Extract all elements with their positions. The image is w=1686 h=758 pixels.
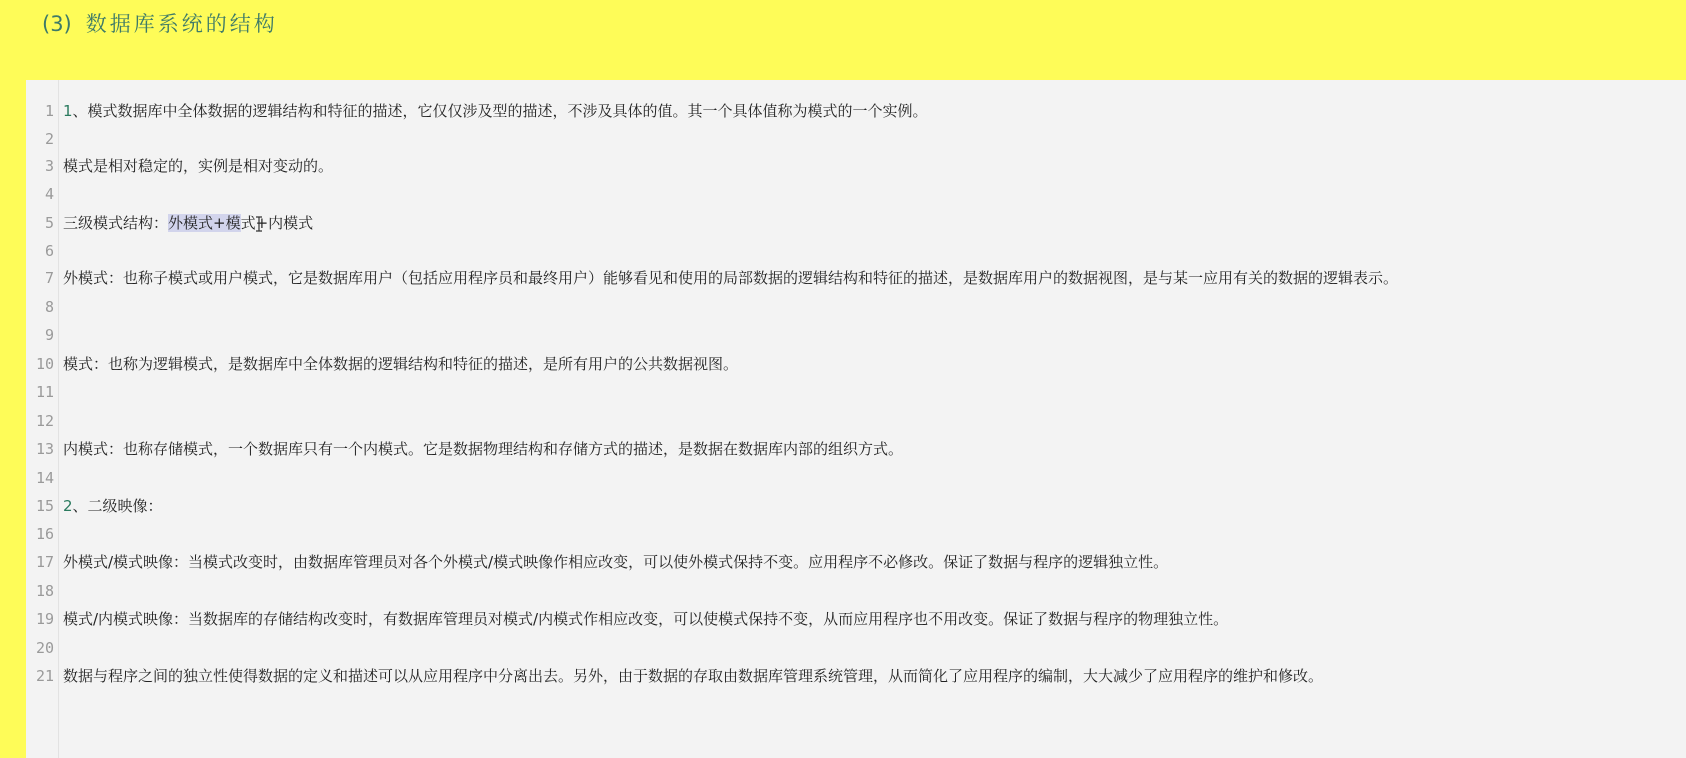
line-number: 1 [26, 98, 54, 124]
line-number: 11 [26, 379, 54, 405]
line-number: 18 [26, 578, 54, 604]
line-text[interactable]: 模式：也称为逻辑模式，是数据库中全体数据的逻辑结构和特征的描述，是所有用户的公共… [63, 351, 738, 377]
line-number: 20 [26, 635, 54, 661]
line-text[interactable]: 三级模式结构：外模式+模式+内模式 [63, 210, 313, 236]
line-number: 5 [26, 210, 54, 236]
gutter-divider [58, 80, 59, 758]
line-number: 14 [26, 465, 54, 491]
line-text[interactable]: 1、模式数据库中全体数据的逻辑结构和特征的描述，它仅仅涉及型的描述，不涉及具体的… [63, 98, 928, 124]
line-text[interactable]: 外模式：也称子模式或用户模式，它是数据库用户（包括应用程序员和最终用户）能够看见… [63, 265, 1398, 291]
line-number: 4 [26, 181, 54, 207]
line-number: 17 [26, 549, 54, 575]
slide-title: (3)数据库系统的结构 [42, 6, 278, 42]
line-number: 7 [26, 265, 54, 291]
text-editor[interactable]: 1 1、模式数据库中全体数据的逻辑结构和特征的描述，它仅仅涉及型的描述，不涉及具… [26, 80, 1686, 758]
line-number: 6 [26, 238, 54, 264]
line-number: 3 [26, 153, 54, 179]
line-text[interactable]: 内模式：也称存储模式，一个数据库只有一个内模式。它是数据物理结构和存储方式的描述… [63, 436, 903, 462]
line-number: 21 [26, 663, 54, 689]
line-number: 9 [26, 322, 54, 348]
slide-title-text: 数据库系统的结构 [86, 12, 278, 36]
list-number: 1 [63, 102, 73, 120]
line-number: 2 [26, 126, 54, 152]
line-number: 16 [26, 521, 54, 547]
slide-title-number: (3) [42, 12, 72, 36]
line-number: 19 [26, 606, 54, 632]
line-number: 12 [26, 408, 54, 434]
line-number: 13 [26, 436, 54, 462]
line-number: 10 [26, 351, 54, 377]
line-text[interactable]: 数据与程序之间的独立性使得数据的定义和描述可以从应用程序中分离出去。另外，由于数… [63, 663, 1323, 689]
list-number: 2 [63, 497, 73, 515]
line-number: 8 [26, 294, 54, 320]
line-text[interactable]: 外模式/模式映像：当模式改变时，由数据库管理员对各个外模式/模式映像作相应改变，… [63, 549, 1168, 575]
text-selection[interactable]: 外模式+模 [168, 214, 241, 232]
line-text[interactable]: 模式是相对稳定的，实例是相对变动的。 [63, 153, 333, 179]
line-text[interactable]: 模式/内模式映像：当数据库的存储结构改变时，有数据库管理员对模式/内模式作相应改… [63, 606, 1228, 632]
line-text[interactable]: 2、二级映像： [63, 493, 163, 519]
text-cursor-ibeam-icon [255, 216, 263, 232]
line-number: 15 [26, 493, 54, 519]
